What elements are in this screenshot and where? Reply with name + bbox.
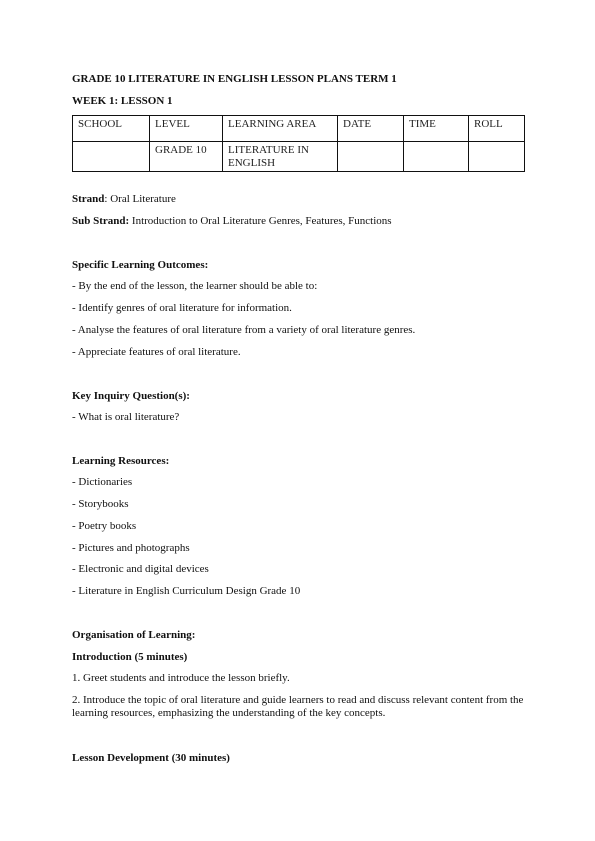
week-lesson-heading: WEEK 1: LESSON 1: [72, 95, 173, 108]
introduction-heading: Introduction (5 minutes): [72, 651, 187, 664]
outcome-item: - Appreciate features of oral literature…: [72, 346, 241, 359]
intro-step: 2. Introduce the topic of oral literatur…: [72, 694, 527, 720]
header-roll: ROLL: [469, 116, 525, 142]
cell-time: [404, 142, 469, 172]
resources-heading: Learning Resources:: [72, 455, 169, 468]
header-level: LEVEL: [150, 116, 223, 142]
header-time: TIME: [404, 116, 469, 142]
document-title: GRADE 10 LITERATURE IN ENGLISH LESSON PL…: [72, 73, 397, 86]
organisation-heading: Organisation of Learning:: [72, 629, 195, 642]
lesson-info-table: SCHOOL LEVEL LEARNING AREA DATE TIME ROL…: [72, 115, 525, 172]
header-date: DATE: [338, 116, 404, 142]
key-inquiry-heading: Key Inquiry Question(s):: [72, 390, 190, 403]
outcomes-heading: Specific Learning Outcomes:: [72, 259, 208, 272]
table-row: GRADE 10 LITERATURE IN ENGLISH: [73, 142, 525, 172]
outcome-item: - Identify genres of oral literature for…: [72, 302, 292, 315]
resource-item: - Poetry books: [72, 520, 136, 533]
cell-date: [338, 142, 404, 172]
outcome-item: - By the end of the lesson, the learner …: [72, 280, 317, 293]
intro-step: 1. Greet students and introduce the less…: [72, 672, 290, 685]
table-header-row: SCHOOL LEVEL LEARNING AREA DATE TIME ROL…: [73, 116, 525, 142]
cell-roll: [469, 142, 525, 172]
resource-item: - Electronic and digital devices: [72, 563, 209, 576]
resource-item: - Storybooks: [72, 498, 129, 511]
sub-strand-line: Sub Strand: Introduction to Oral Literat…: [72, 215, 392, 228]
cell-learning-area: LITERATURE IN ENGLISH: [223, 142, 338, 172]
cell-school: [73, 142, 150, 172]
resource-item: - Dictionaries: [72, 476, 132, 489]
strand-value: : Oral Literature: [104, 193, 175, 205]
outcome-item: - Analyse the features of oral literatur…: [72, 324, 415, 337]
development-heading: Lesson Development (30 minutes): [72, 752, 230, 765]
resource-item: - Pictures and photographs: [72, 542, 190, 555]
cell-level: GRADE 10: [150, 142, 223, 172]
strand-label: Strand: [72, 193, 104, 205]
strand-line: Strand: Oral Literature: [72, 193, 176, 206]
sub-strand-value: Introduction to Oral Literature Genres, …: [129, 215, 391, 227]
key-inquiry-item: - What is oral literature?: [72, 411, 179, 424]
sub-strand-label: Sub Strand:: [72, 215, 129, 227]
header-school: SCHOOL: [73, 116, 150, 142]
header-learning-area: LEARNING AREA: [223, 116, 338, 142]
resource-item: - Literature in English Curriculum Desig…: [72, 585, 300, 598]
